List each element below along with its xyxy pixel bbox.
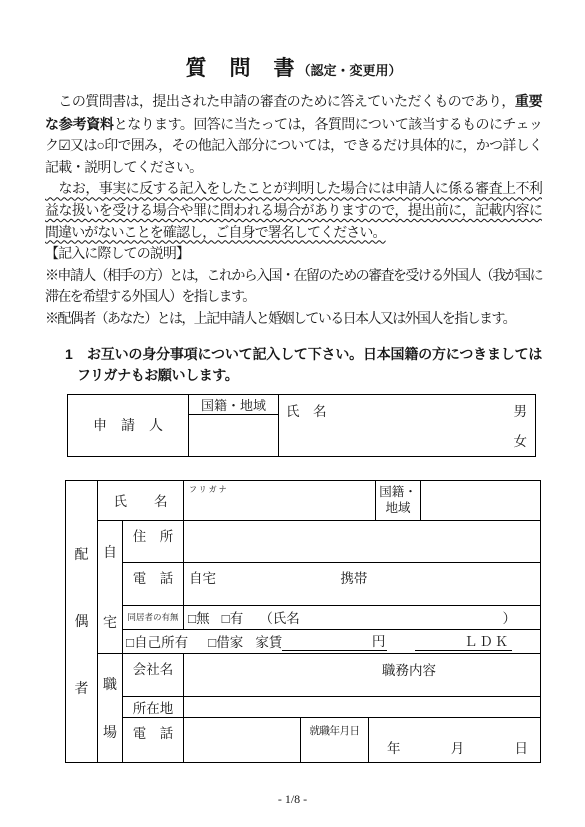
company-name-field[interactable]: 職務内容 (184, 653, 541, 696)
question-1-heading: 1 お互いの身分事項について記入して下さい。日本国籍の方につきましてはフリガナも… (65, 344, 542, 387)
spouse-side-label: 配 偶 者 (66, 480, 98, 762)
questionnaire-document-page: 質 問 書（認定・変更用） この質問書は，提出された申請の審査のために答えていた… (0, 0, 585, 827)
question-1-number: 1 (65, 344, 87, 366)
owned-checkbox: □自己所有 (126, 631, 188, 651)
company-address-field[interactable] (184, 696, 541, 717)
address-field[interactable] (184, 520, 541, 562)
cohabitant-label: 同居者の有無 (123, 605, 184, 629)
phone-home-label: 自宅 (189, 571, 216, 586)
work-phone-field[interactable] (184, 717, 301, 762)
home-phone-field[interactable]: 自宅 携帯 (184, 562, 541, 605)
spouse-table: 配 偶 者 氏 名 フリガナ 国籍・ 地域 自 (65, 480, 541, 763)
rent-fee-label: 家賃 (255, 631, 282, 651)
work-section-label: 職 場 (98, 653, 123, 762)
phone-mobile-label: 携帯 (340, 571, 367, 586)
spouse-name-label: 氏 名 (98, 480, 184, 520)
rent-amount-blank: 円 (282, 630, 387, 651)
applicant-name-label: 氏 名 (286, 400, 327, 420)
notes-header: 【記入に際しての説明】 (45, 244, 542, 266)
page-number: - 1/8 - (0, 792, 585, 807)
intro-p1-pre: この質問書は，提出された申請の審査のために答えていただくものであり， (45, 95, 515, 110)
intro-p1-post: となります。回答に当たっては，各質問について該当するものにチェック☑又は○印で囲… (45, 118, 542, 176)
applicant-row-label: 申 請 人 (68, 394, 189, 456)
intro-paragraph: この質問書は，提出された申請の審査のために答えていただくものであり，重要な参考資… (45, 91, 542, 179)
rented-checkbox: □借家 (208, 631, 243, 651)
spouse-name-field[interactable]: フリガナ (184, 480, 376, 520)
applicant-nationality-label: 国籍・地域 (189, 394, 279, 414)
employment-date-field[interactable]: 年 月 日 (369, 717, 541, 762)
cohabitant-no-checkbox: □無 (188, 607, 210, 627)
title-text: 質 問 書 (185, 57, 295, 80)
spouse-char-1: 配 (75, 544, 89, 564)
work-phone-label: 電 話 (123, 717, 184, 762)
cohabitant-name-open: （氏名 (259, 607, 300, 627)
furigana-label: フリガナ (184, 481, 375, 495)
month-label: 月 (451, 737, 465, 757)
spouse-nationality-label: 国籍・ 地域 (376, 480, 421, 520)
applicant-name-cell: 氏 名 男 女 (279, 394, 536, 456)
address-label: 住 所 (123, 520, 184, 562)
cohabitant-field[interactable]: □無 □有 （氏名 ） (184, 605, 541, 629)
applicant-female-label: 女 (514, 430, 528, 450)
day-label: 日 (515, 737, 529, 757)
applicant-table: 申 請 人 国籍・地域 氏 名 男 女 (67, 394, 536, 457)
ownership-field[interactable]: □自己所有 □借家 家賃 円 ＬＤＫ (123, 629, 541, 653)
intro-section: この質問書は，提出された申請の審査のために答えていただくものであり，重要な参考資… (45, 91, 542, 331)
note-spouse: ※配偶者（あなた）とは，上記申請人と婚姻している日本人又は外国人を指します。 (45, 309, 542, 331)
applicant-male-label: 男 (514, 400, 528, 420)
cohabitant-yes-checkbox: □有 (222, 607, 244, 627)
spouse-char-3: 者 (75, 678, 89, 698)
spouse-char-2: 偶 (75, 611, 89, 631)
company-address-label: 所在地 (123, 696, 184, 717)
warning-paragraph: なお，事実に反する記入をしたことが判明した場合には申請人に係る審査上不利益な扱い… (45, 179, 542, 244)
employment-date-label: 就職年月日 (301, 717, 369, 762)
applicant-nationality-field[interactable] (189, 414, 279, 456)
job-description-label: 職務内容 (184, 654, 540, 679)
home-section-label: 自 宅 (98, 520, 123, 653)
spouse-nationality-field[interactable] (421, 480, 541, 520)
page-content: 質 問 書（認定・変更用） この質問書は，提出された申請の審査のために答えていた… (45, 0, 542, 763)
work-char-2: 場 (103, 722, 117, 742)
title-suffix: （認定・変更用） (297, 63, 401, 78)
document-title: 質 問 書（認定・変更用） (45, 52, 542, 82)
cohabitant-name-close: ） (503, 607, 517, 627)
question-1-text: お互いの身分事項について記入して下さい。日本国籍の方につきましてはフリガナもお願… (77, 346, 542, 384)
note-applicant: ※申請人（相手の方）とは，これから入国・在留のための審査を受ける外国人（我が国に… (45, 266, 542, 309)
work-char-1: 職 (103, 674, 117, 694)
home-char-2: 宅 (103, 612, 117, 632)
year-label: 年 (387, 737, 401, 757)
home-char-1: 自 (103, 542, 117, 562)
ldk-blank: ＬＤＫ (415, 630, 512, 651)
company-name-label: 会社名 (123, 653, 184, 696)
home-phone-label: 電 話 (123, 562, 184, 605)
